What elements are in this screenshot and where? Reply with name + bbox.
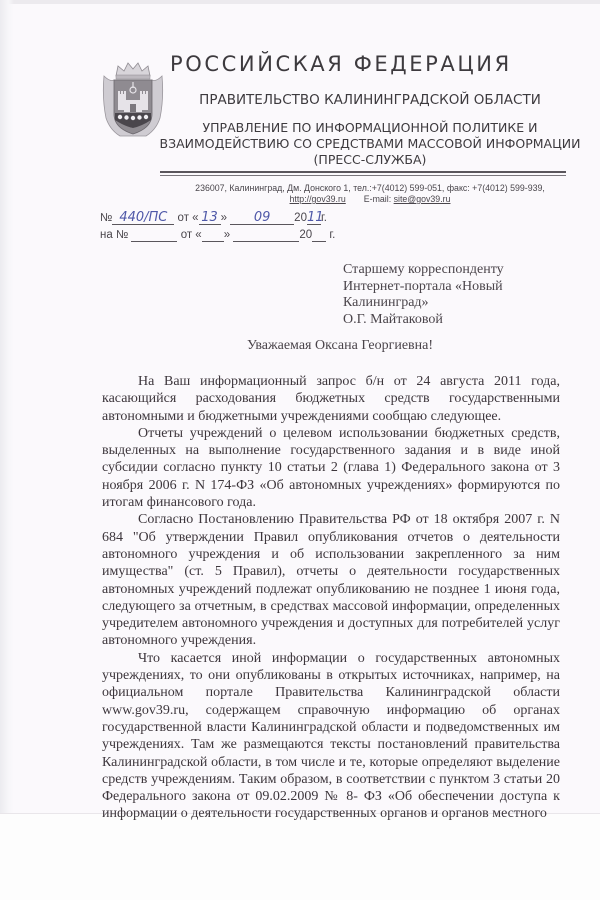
body-paragraph: Что касается иной информации о государст…	[102, 650, 560, 823]
incoming-year-label: г.	[329, 229, 335, 241]
incoming-year-prefix: 20	[299, 229, 312, 241]
postal-address: 236007, Калининград, Дм. Донского 1, тел…	[170, 183, 570, 194]
year-prefix: 20	[294, 212, 307, 224]
body-paragraph: Согласно Постановлению Правительства РФ …	[102, 511, 560, 649]
incoming-year-blank	[312, 229, 326, 242]
outgoing-day: 13	[199, 212, 221, 225]
number-label: №	[100, 212, 112, 224]
outgoing-number: 440/ПС	[112, 212, 174, 225]
scan-edge-top	[0, 0, 600, 4]
department-line-2: ВЗАИМОДЕЙСТВИЮ СО СРЕДСТВАМИ МАССОВОЙ ИН…	[150, 136, 590, 152]
department-line-3: (ПРЕСС-СЛУЖБА)	[150, 152, 590, 168]
date-from-label: от «	[178, 212, 199, 224]
addressee-line-2: Интернет-портала «Новый	[343, 279, 583, 296]
body-paragraph: Отчеты учреждений о целевом использовани…	[102, 425, 560, 511]
incoming-number-blank	[131, 229, 177, 242]
email-link[interactable]: site@gov39.ru	[394, 194, 451, 204]
contact-info: 236007, Калининград, Дм. Донского 1, тел…	[170, 183, 570, 205]
email-label: E-mail:	[364, 194, 391, 204]
country-title: РОССИЙСКАЯ ФЕДЕРАЦИЯ	[170, 52, 590, 76]
incoming-month-blank	[233, 229, 299, 242]
salutation: Уважаемая Оксана Георгиевна!	[100, 338, 580, 354]
scan-edge-left	[0, 0, 14, 813]
outgoing-registration: №440/ПС от «13» 092011г.	[100, 212, 327, 225]
web-contacts: http://gov39.ruE-mail: site@gov39.ru	[170, 194, 570, 205]
website-link[interactable]: http://gov39.ru	[290, 194, 346, 204]
letter-body: На Ваш информационный запрос б/н от 24 а…	[102, 373, 560, 823]
day-close-quote: »	[221, 212, 227, 224]
incoming-from-label: от «	[181, 229, 202, 241]
outgoing-month: 09	[230, 212, 294, 225]
department-title: УПРАВЛЕНИЕ ПО ИНФОРМАЦИОННОЙ ПОЛИТИКЕ И …	[150, 120, 590, 168]
outgoing-year: 11	[307, 212, 321, 225]
department-line-1: УПРАВЛЕНИЕ ПО ИНФОРМАЦИОННОЙ ПОЛИТИКЕ И	[150, 120, 590, 136]
year-label: г.	[321, 212, 327, 224]
scanned-letter-page: РОССИЙСКАЯ ФЕДЕРАЦИЯ ПРАВИТЕЛЬСТВО КАЛИН…	[0, 0, 600, 814]
letterhead-rule	[160, 171, 566, 173]
incoming-registration: на № от « » 20 г.	[100, 229, 335, 242]
government-title: ПРАВИТЕЛЬСТВО КАЛИНИНГРАДСКОЙ ОБЛАСТИ	[160, 92, 580, 108]
addressee-line-4: О.Г. Майтаковой	[343, 312, 583, 329]
addressee-line-3: Калининград»	[343, 295, 583, 312]
addressee-block: Старшему корреспонденту Интернет-портала…	[343, 262, 583, 328]
incoming-day-blank	[202, 229, 224, 242]
incoming-day-close: »	[224, 229, 230, 241]
addressee-line-1: Старшему корреспонденту	[343, 262, 583, 279]
incoming-number-label: на №	[100, 229, 128, 241]
body-paragraph: На Ваш информационный запрос б/н от 24 а…	[102, 373, 560, 425]
letterhead-rule-secondary	[160, 175, 566, 176]
